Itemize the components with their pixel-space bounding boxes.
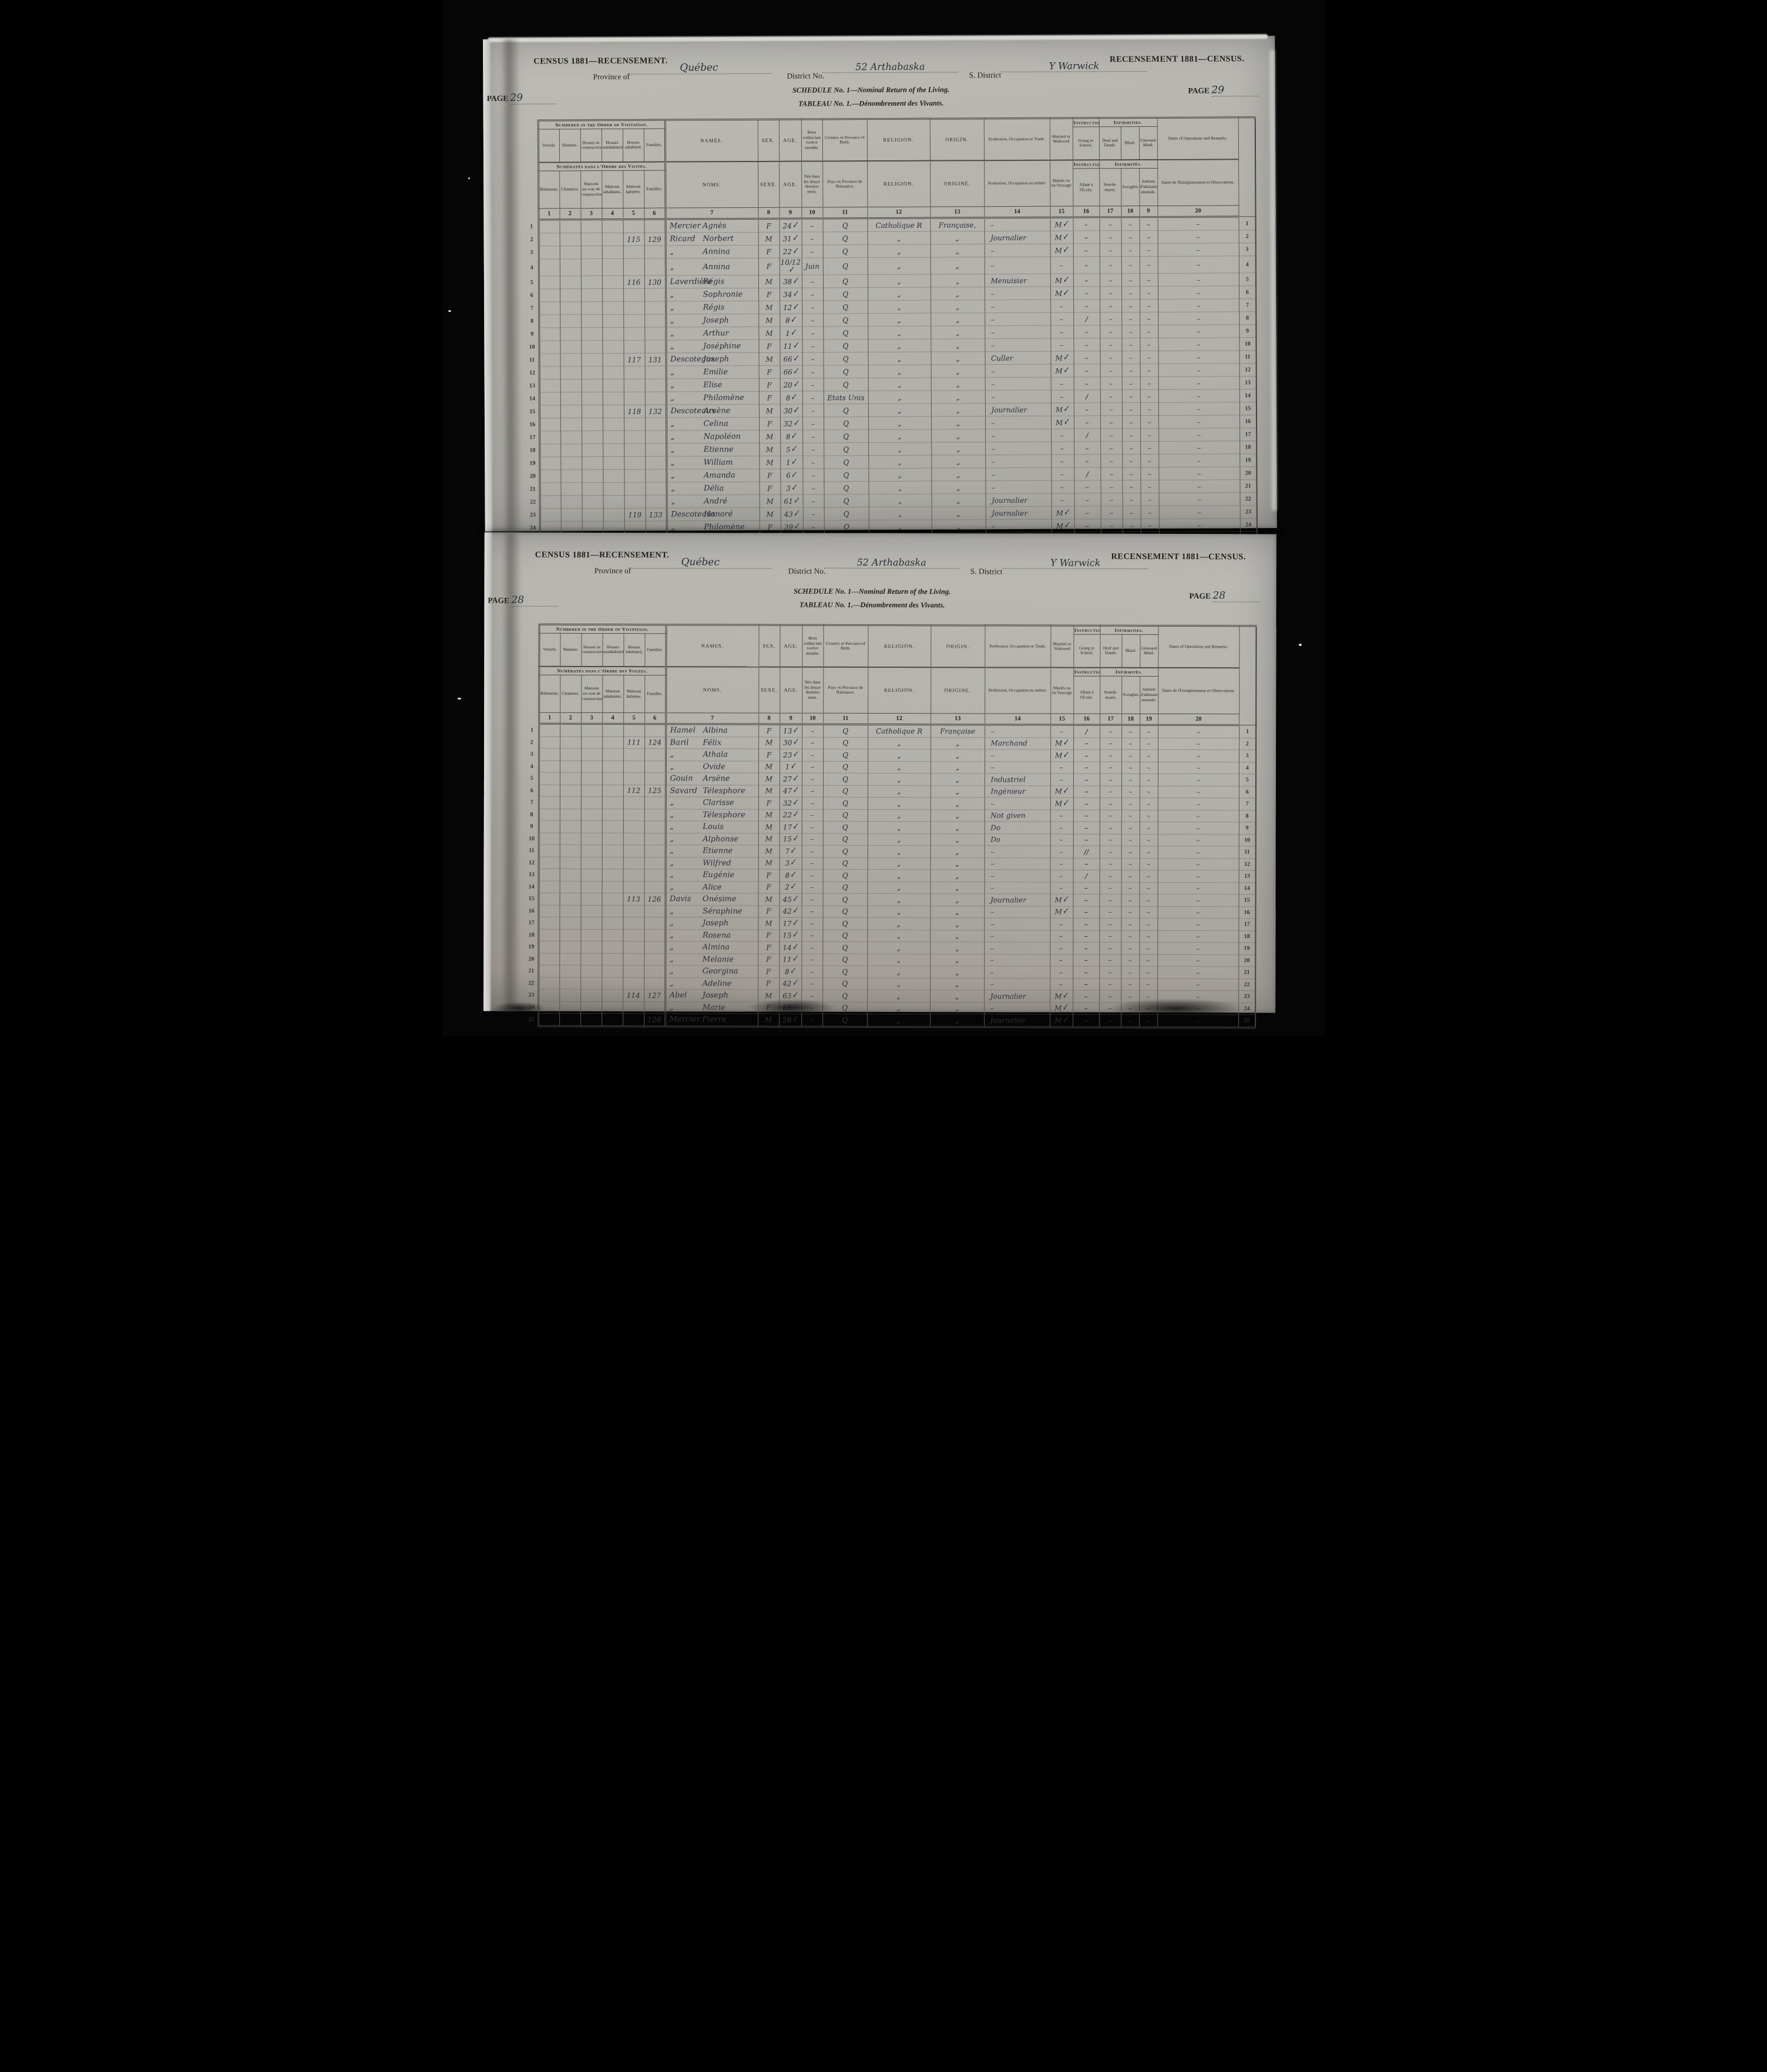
age-value: 11 <box>783 342 792 350</box>
cell-occupation: – <box>985 725 1050 738</box>
col-header-occupation-fr: Profession, Occupation ou métier. <box>984 160 1050 206</box>
cell-born-within-year: – <box>802 288 823 301</box>
col-number: 18 <box>1121 206 1139 217</box>
cell-going-to-school: – <box>1074 519 1101 532</box>
cell-age: 47✓ <box>780 785 802 798</box>
cell-remarks: – <box>1158 846 1239 858</box>
given-name: Norbert <box>703 234 757 243</box>
cell-occupation: – <box>985 364 1051 377</box>
cell-unsound-mind: – <box>1140 428 1158 441</box>
cell-origin: „ <box>930 822 985 834</box>
cell-name: „Rosena <box>665 929 758 941</box>
cell-blind: – <box>1122 377 1140 390</box>
given-name: Joseph <box>703 355 758 364</box>
cell-shanties <box>560 796 581 809</box>
check-mark: ✓ <box>792 917 799 930</box>
cell-going-to-school: – <box>1073 325 1100 338</box>
cell-house-number <box>624 430 645 443</box>
cell-going-to-school: – <box>1073 257 1100 274</box>
cell-going-to-school: – <box>1073 338 1100 351</box>
cell-birthplace: Q <box>822 966 867 978</box>
census-record-row: 2 111 124 BarilFélix M 30✓ – Q „ „ <box>526 736 1256 750</box>
cell-occupation: – <box>984 1002 1050 1014</box>
row-number-left: 14 <box>526 881 539 893</box>
cell-sex: M <box>758 761 780 773</box>
cell-sex: F <box>758 218 780 232</box>
cell-sex: M <box>758 917 779 930</box>
page-number-left: PAGE 28 <box>488 594 559 607</box>
col-group-infirmities-fr: Infirmités. <box>1100 667 1158 676</box>
cell-vessels <box>539 431 560 444</box>
cell-houses-construction <box>580 989 602 1001</box>
cell-origin: „ <box>930 990 984 1003</box>
check-mark: ✓ <box>792 773 800 785</box>
cell-houses-construction <box>581 736 602 749</box>
cell-remarks: – <box>1158 376 1239 390</box>
cell-origin: „ <box>930 846 985 858</box>
cell-religion: „ <box>868 391 931 403</box>
age-value: 38 <box>783 277 792 285</box>
cell-religion: „ <box>868 365 931 378</box>
col-number: 20 <box>1158 714 1239 725</box>
surname: „ <box>667 931 703 940</box>
cell-going-to-school: – <box>1073 978 1099 991</box>
check-mark: ✓ <box>792 906 799 918</box>
surname: „ <box>667 263 703 271</box>
cell-sex: F <box>758 906 779 918</box>
col-number: 17 <box>1100 714 1121 725</box>
col-header-birthplace-fr: Pays ou Province de Naissance. <box>823 667 868 713</box>
cell-birthplace: Etats Unis <box>824 391 868 404</box>
cell-family-number <box>644 869 666 882</box>
cell-houses-uninhabited <box>603 366 624 379</box>
row-number-left: 11 <box>526 845 539 857</box>
col-header-birthplace-fr: Pays ou Province de Naissance. <box>822 161 867 207</box>
cell-deaf-dumb: – <box>1100 325 1121 338</box>
cell-family-number <box>644 327 666 340</box>
cell-vessels <box>539 833 560 845</box>
cell-shanties <box>560 259 581 276</box>
cell-blind: – <box>1121 930 1139 943</box>
cell-remarks: – <box>1157 942 1238 954</box>
cell-born-within-year: – <box>802 724 823 737</box>
census-record-row: 22 „Adeline F 42✓ – Q „ „ <box>525 977 1255 991</box>
cell-houses-uninhabited <box>602 929 623 941</box>
cell-family-number <box>646 495 667 508</box>
surname: Ricard <box>667 234 703 243</box>
cell-houses-construction <box>581 315 602 328</box>
cell-occupation: – <box>984 954 1050 966</box>
col-header-houses-construction-fr: Maisons en voie de construction. <box>581 675 602 712</box>
cell-born-within-year: – <box>801 917 822 930</box>
married-value: M <box>1055 799 1062 808</box>
cell-shanties <box>559 977 580 990</box>
cell-age: 38✓ <box>780 275 802 288</box>
col-header-deaf-fr: Sourds-muets. <box>1100 676 1121 714</box>
cell-religion: „ <box>868 274 930 287</box>
cell-houses-construction <box>581 724 602 736</box>
cell-born-within-year: – <box>802 773 823 785</box>
check-mark: ✓ <box>792 724 800 737</box>
cell-remarks: – <box>1158 256 1239 274</box>
cell-unsound-mind: – <box>1139 942 1157 954</box>
cell-religion: „ <box>867 941 930 954</box>
check-mark: ✓ <box>790 966 797 978</box>
cell-shanties <box>560 276 581 289</box>
row-number-left: 6 <box>526 785 539 797</box>
row-number-left: 12 <box>526 366 539 379</box>
age-value: 24 <box>782 221 791 230</box>
cell-family-number <box>644 1001 665 1014</box>
cell-name: „Eugénie <box>666 869 758 882</box>
cell-shanties <box>560 233 581 246</box>
col-header-sex-en: SEX. <box>758 625 780 667</box>
cell-deaf-dumb: – <box>1100 480 1122 493</box>
married-value: – <box>1060 496 1064 504</box>
cell-name: LaverdièreRégis <box>666 275 758 288</box>
col-group-visitation-en: Numbered in the Order of Visitation. <box>539 624 666 633</box>
census-record-row: 4 „Ovide M 1✓ – Q „ „ – <box>526 761 1256 774</box>
surname: „ <box>667 247 703 256</box>
surname: Davis <box>667 894 703 903</box>
census-record-row: 8 „Télesphore M 22✓ – Q „ „ <box>526 809 1256 822</box>
cell-going-to-school: – <box>1073 858 1100 870</box>
row-number-left: 18 <box>525 929 538 941</box>
cell-blind: – <box>1121 954 1139 967</box>
surname: „ <box>668 419 704 428</box>
cell-origin: „ <box>932 520 986 533</box>
row-number-right: 8 <box>1239 312 1256 325</box>
cell-blind: – <box>1121 846 1140 858</box>
row-number-left: 14 <box>526 392 539 405</box>
check-mark: ✓ <box>792 232 799 244</box>
cell-origin: „ <box>931 416 985 429</box>
cell-married-widowed: – <box>1051 480 1074 493</box>
cell-family-number <box>644 929 665 941</box>
cell-houses-construction <box>581 869 602 881</box>
cell-name: AbelJoseph <box>665 990 758 1002</box>
cell-family-number <box>644 845 666 857</box>
married-value: – <box>1060 379 1063 388</box>
check-mark: ✓ <box>792 797 799 809</box>
row-number-left: 10 <box>526 833 539 845</box>
married-value: – <box>1059 968 1063 976</box>
cell-shanties <box>560 857 581 869</box>
cell-shanties <box>560 315 581 328</box>
given-name: Télesphore <box>703 810 757 819</box>
row-number-right: 4 <box>1239 256 1256 273</box>
cell-going-to-school: – <box>1073 738 1100 750</box>
cell-born-within-year: – <box>802 404 824 417</box>
col-number: 12 <box>868 713 930 724</box>
married-check-mark: ✓ <box>1062 1003 1070 1015</box>
col-number: 12 <box>867 207 930 218</box>
cell-name: „Annina <box>666 258 758 275</box>
cell-house-number: 115 <box>623 233 644 245</box>
cell-going-to-school: ∕ <box>1073 725 1100 738</box>
cell-name: „Philomène <box>667 520 760 534</box>
cell-house-number <box>623 929 644 941</box>
cell-origin: „ <box>930 257 985 274</box>
check-mark: ✓ <box>792 275 800 287</box>
cell-remarks: – <box>1158 364 1239 377</box>
cell-house-number <box>624 469 645 482</box>
cell-going-to-school: – <box>1073 300 1100 312</box>
cell-origin: „ <box>930 809 985 822</box>
cell-family-number <box>645 379 666 392</box>
cell-born-within-year: – <box>801 930 822 942</box>
cell-deaf-dumb: – <box>1100 390 1122 403</box>
check-mark: ✓ <box>790 869 797 882</box>
row-number-left: 17 <box>525 917 538 929</box>
cell-family-number: 131 <box>645 353 666 366</box>
age-value: 30 <box>784 406 792 415</box>
district-label: District No. <box>788 567 826 576</box>
married-value: – <box>1059 812 1063 820</box>
surname: „ <box>667 1003 703 1012</box>
age-value: 22 <box>783 811 792 819</box>
cell-family-number <box>644 301 666 314</box>
cell-married-widowed: M✓ <box>1050 274 1073 287</box>
cell-houses-uninhabited <box>603 495 624 508</box>
cell-blind: – <box>1121 786 1140 798</box>
cell-sex: F <box>758 869 780 882</box>
cell-deaf-dumb: – <box>1100 416 1122 429</box>
cell-occupation: – <box>985 442 1051 455</box>
cell-family-number <box>645 418 666 430</box>
cell-going-to-school: – <box>1073 918 1099 930</box>
col-header-remarks-en: Dates of Operations and Remarks. <box>1157 117 1238 160</box>
cell-birthplace: Q <box>823 821 868 833</box>
cell-houses-uninhabited <box>603 456 624 469</box>
cell-house-number <box>623 821 644 833</box>
cell-married-widowed: M✓ <box>1050 798 1073 810</box>
cell-house-number <box>623 1001 644 1014</box>
row-number-left: 16 <box>525 905 538 917</box>
col-header-married-fr: Mariés ou en Veuvage <box>1050 667 1073 714</box>
cell-married-widowed: – <box>1050 762 1073 774</box>
surname: „ <box>668 445 704 454</box>
cell-origin: „ <box>930 978 984 990</box>
col-number: 20 <box>1157 206 1238 217</box>
cell-going-to-school: – <box>1073 749 1100 762</box>
cell-deaf-dumb: – <box>1100 822 1121 834</box>
age-value: 32 <box>784 419 792 428</box>
cell-vessels <box>539 302 560 315</box>
col-group-infirmities-fr: Infirmités. <box>1099 159 1157 168</box>
cell-age: 11✓ <box>779 954 801 966</box>
cell-houses-construction <box>581 881 602 893</box>
row-number-left: 6 <box>526 289 539 302</box>
cell-shanties <box>560 833 581 845</box>
cell-age: 8✓ <box>779 966 801 978</box>
col-number: 4 <box>602 713 623 724</box>
cell-occupation: Not given <box>985 809 1050 822</box>
cell-sex: M <box>758 327 780 339</box>
cell-vessels <box>539 457 560 470</box>
cell-blind: – <box>1123 493 1141 506</box>
col-number: 3 <box>580 208 602 220</box>
cell-name: „Arthur <box>666 327 758 340</box>
cell-occupation: – <box>985 749 1050 762</box>
cell-sex: M <box>759 456 780 469</box>
cell-age: 8✓ <box>780 391 802 404</box>
cell-age: 1✓ <box>780 456 802 469</box>
cell-sex: F <box>758 245 780 258</box>
cell-house-number <box>623 258 644 275</box>
cell-houses-construction <box>580 917 602 929</box>
cell-married-widowed: M✓ <box>1050 894 1073 906</box>
col-header-age-fr: AGE. <box>780 667 802 713</box>
cell-house-number: 118 <box>624 405 645 418</box>
cell-occupation: – <box>985 846 1050 858</box>
cell-birthplace: Q <box>824 482 868 495</box>
married-check-mark: ✓ <box>1062 798 1070 810</box>
col-header-age-fr: AGE. <box>779 161 801 207</box>
cell-birthplace: Q <box>823 797 868 809</box>
age-value: 1 <box>785 329 790 337</box>
cell-age: 1✓ <box>780 327 802 339</box>
col-number: 15 <box>1050 206 1073 217</box>
age-value: 8 <box>785 967 790 976</box>
given-name: Arsène <box>703 775 757 783</box>
married-check-mark: ✓ <box>1062 244 1070 256</box>
row-number-right: 9 <box>1239 822 1256 835</box>
cell-unsound-mind: – <box>1140 894 1158 906</box>
cell-name: „Louis <box>666 821 758 833</box>
cell-houses-uninhabited <box>602 327 623 340</box>
cell-vessels <box>539 444 560 457</box>
cell-going-to-school: – <box>1073 762 1100 774</box>
cell-family-number <box>644 941 665 954</box>
cell-age: 3✓ <box>780 857 802 870</box>
cell-house-number <box>623 773 644 785</box>
row-number-left: 12 <box>526 857 539 869</box>
cell-origin: Française, <box>930 218 985 231</box>
col-header-remarks-fr: Dates de l'Enregistrement et Observation… <box>1158 667 1239 714</box>
cell-origin: „ <box>932 507 986 520</box>
cell-birthplace: Q <box>824 443 868 456</box>
cell-age: 31✓ <box>780 232 802 245</box>
col-header-religion-en: RELIGION. <box>868 625 930 667</box>
cell-origin: „ <box>930 773 985 786</box>
cell-born-within-year: – <box>802 391 824 404</box>
check-mark: ✓ <box>791 443 798 455</box>
table-header: Numbered in the Order of Visitation. NAM… <box>526 624 1256 725</box>
cell-blind: – <box>1121 966 1139 978</box>
cell-occupation: – <box>985 312 1050 325</box>
age-value: 6 <box>786 471 791 479</box>
cell-birthplace: Q <box>823 893 868 906</box>
cell-age: 17✓ <box>780 821 802 833</box>
row-number-right: 6 <box>1239 286 1256 299</box>
cell-unsound-mind: – <box>1140 480 1158 493</box>
cell-name: „Philomène <box>666 391 759 405</box>
married-value: – <box>1059 944 1063 952</box>
row-number-left: 13 <box>526 869 539 881</box>
cell-occupation: Journalier <box>985 231 1050 244</box>
cell-going-to-school: ∕ <box>1074 390 1100 403</box>
cell-married-widowed: – <box>1050 822 1073 834</box>
cell-deaf-dumb: – <box>1100 455 1122 467</box>
cell-occupation: – <box>985 300 1050 312</box>
row-number-left: 2 <box>526 736 539 749</box>
cell-sex: F <box>758 882 780 894</box>
row-number-right: 18 <box>1239 441 1257 454</box>
surname: „ <box>667 835 703 843</box>
check-mark: ✓ <box>790 314 798 326</box>
cell-sex: F <box>758 930 779 942</box>
col-header-families-en: Families. <box>644 634 666 667</box>
age-value: 17 <box>782 919 791 927</box>
cell-houses-uninhabited <box>603 482 624 495</box>
census-record-row: 1 HamelAlbina F 13✓ – Q Catholique R F <box>526 724 1256 738</box>
age-value: 66 <box>783 355 792 363</box>
row-number-right: 5 <box>1239 774 1256 786</box>
cell-sex: M <box>758 893 780 906</box>
given-name: Alphonse <box>703 835 757 843</box>
province-value: Québec <box>627 62 771 75</box>
cell-remarks: – <box>1158 725 1239 738</box>
census-record-row: 12 „Wilfred M 3✓ – Q „ „ – <box>526 857 1256 870</box>
row-number-right: 7 <box>1239 798 1256 810</box>
age-value: 3 <box>786 484 791 492</box>
married-value: – <box>1060 315 1063 323</box>
married-value: M <box>1055 751 1062 759</box>
cell-family-number <box>644 881 666 893</box>
cell-houses-uninhabited <box>603 405 624 418</box>
cell-house-number <box>623 917 644 930</box>
cell-going-to-school: ∕ <box>1073 870 1100 882</box>
cell-deaf-dumb: – <box>1100 798 1121 810</box>
cell-married-widowed: – <box>1050 978 1073 991</box>
given-name: Elise <box>703 381 758 389</box>
cell-remarks: – <box>1158 230 1239 244</box>
age-value: 39 <box>784 523 793 531</box>
cell-houses-uninhabited <box>602 917 623 930</box>
cell-shanties <box>560 392 582 405</box>
cell-remarks: – <box>1158 467 1239 480</box>
cell-name: HamelAlbina <box>666 724 758 737</box>
given-name: Adeline <box>703 979 757 988</box>
married-value: – <box>1060 392 1063 401</box>
cell-occupation: – <box>985 257 1050 274</box>
row-number-right: 19 <box>1238 943 1255 955</box>
cell-blind: – <box>1121 231 1140 244</box>
cell-born-within-year: – <box>801 966 822 978</box>
cell-houses-construction <box>581 289 602 302</box>
cell-married-widowed: – <box>1052 493 1074 506</box>
col-number: 11 <box>823 713 868 724</box>
check-mark: ✓ <box>792 352 800 365</box>
cell-unsound-mind: – <box>1140 273 1158 286</box>
cell-married-widowed: M✓ <box>1050 1014 1073 1027</box>
cell-married-widowed: M✓ <box>1050 217 1073 231</box>
cell-house-number: 111 <box>623 736 644 749</box>
married-value: M <box>1054 908 1061 916</box>
cell-shanties <box>560 869 581 881</box>
census-table-page-28: Numbered in the Order of Visitation. NAM… <box>525 624 1257 1028</box>
married-value: – <box>1059 775 1063 783</box>
col-header-remarks-en: Dates of Operations and Remarks. <box>1158 625 1239 667</box>
cell-born-within-year: – <box>802 809 823 822</box>
given-name: Délia <box>704 484 758 493</box>
col-number: 6 <box>644 713 666 724</box>
census-record-row: 16 „Séraphine F 42✓ – Q „ „ <box>525 905 1255 919</box>
col-header-sex-fr: SEXE. <box>758 667 780 713</box>
cell-houses-construction <box>581 761 602 773</box>
check-mark: ✓ <box>792 365 800 378</box>
